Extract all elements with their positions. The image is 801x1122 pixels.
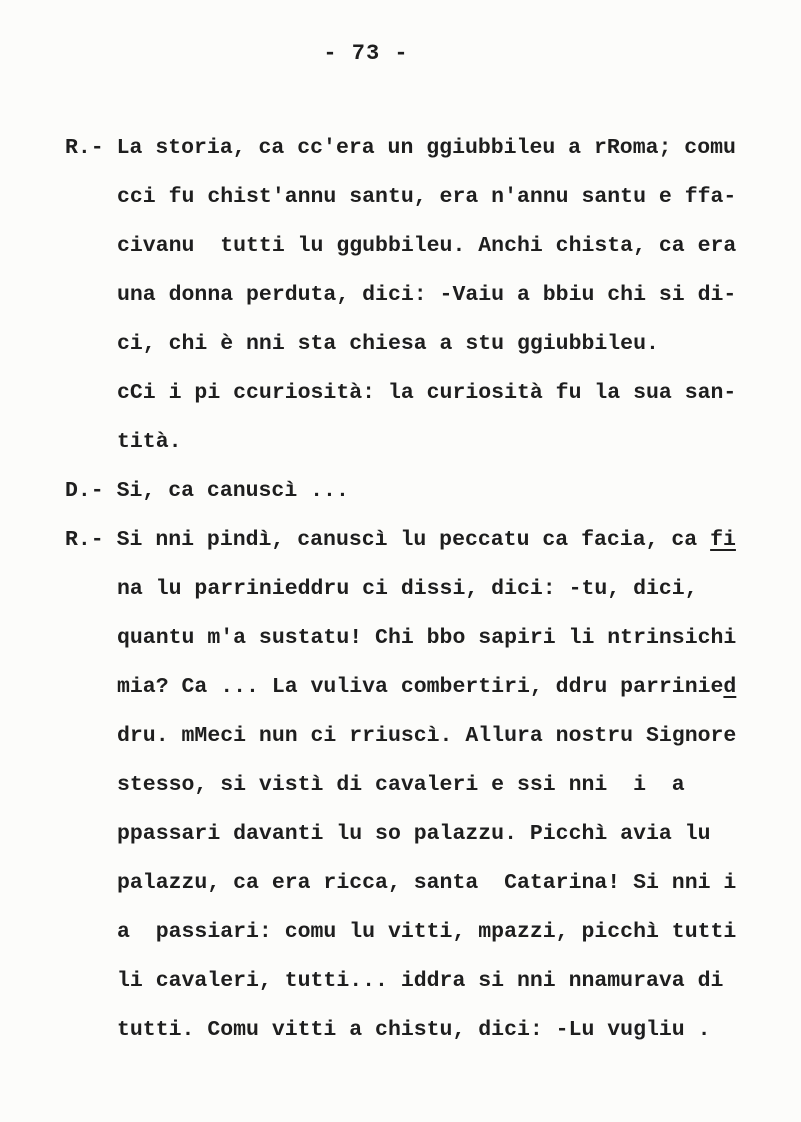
line-text: mia? Ca ... La vuliva combertiri, ddru p… xyxy=(117,675,723,699)
transcript-line: ppassari davanti lu so palazzu. Picchì a… xyxy=(65,810,755,859)
line-text: ppassari davanti lu so palazzu. Picchì a… xyxy=(117,822,711,846)
transcript: R.- La storia, ca cc'era un ggiubbileu a… xyxy=(65,124,755,1055)
document-page: - 73 - R.- La storia, ca cc'era un ggiub… xyxy=(0,0,801,1122)
line-text: palazzu, ca era ricca, santa Catarina! S… xyxy=(117,871,736,895)
transcript-line: tità. xyxy=(65,418,755,467)
transcript-line: palazzu, ca era ricca, santa Catarina! S… xyxy=(65,859,755,908)
transcript-line: D.- Si, ca canuscì ... xyxy=(65,467,755,516)
transcript-line: tutti. Comu vitti a chistu, dici: -Lu vu… xyxy=(65,1006,755,1055)
line-text: R.- La storia, ca cc'era un ggiubbileu a… xyxy=(65,136,736,160)
line-text: cci fu chist'annu santu, era n'annu sant… xyxy=(117,185,736,209)
line-text: li cavaleri, tutti... iddra si nni nnamu… xyxy=(117,969,723,993)
line-text: civanu tutti lu ggubbileu. Anchi chista,… xyxy=(117,234,736,258)
transcript-line: quantu m'a sustatu! Chi bbo sapiri li nt… xyxy=(65,614,755,663)
transcript-line: una donna perduta, dici: -Vaiu a bbiu ch… xyxy=(65,271,755,320)
line-text: na lu parrinieddru ci dissi, dici: -tu, … xyxy=(117,577,698,601)
line-text: dru. mMeci nun ci rriuscì. Allura nostru… xyxy=(117,724,736,748)
transcript-line: stesso, si vistì di cavaleri e ssi nni i… xyxy=(65,761,755,810)
line-text: tità. xyxy=(117,430,182,454)
page-number: - 73 - xyxy=(318,41,414,66)
transcript-line: ci, chi è nni sta chiesa a stu ggiubbile… xyxy=(65,320,755,369)
transcript-line: dru. mMeci nun ci rriuscì. Allura nostru… xyxy=(65,712,755,761)
transcript-line: li cavaleri, tutti... iddra si nni nnamu… xyxy=(65,957,755,1006)
transcript-line: R.- La storia, ca cc'era un ggiubbileu a… xyxy=(65,124,755,173)
transcript-line: na lu parrinieddru ci dissi, dici: -tu, … xyxy=(65,565,755,614)
transcript-line: mia? Ca ... La vuliva combertiri, ddru p… xyxy=(65,663,755,712)
line-text: D.- Si, ca canuscì ... xyxy=(65,479,349,503)
line-text: R.- Si nni pindì, canuscì lu peccatu ca … xyxy=(65,528,710,552)
line-text: stesso, si vistì di cavaleri e ssi nni i… xyxy=(117,773,685,797)
line-text: a passiari: comu lu vitti, mpazzi, picch… xyxy=(117,920,736,944)
underlined-text: d xyxy=(723,675,736,699)
transcript-line: R.- Si nni pindì, canuscì lu peccatu ca … xyxy=(65,516,755,565)
line-text: quantu m'a sustatu! Chi bbo sapiri li nt… xyxy=(117,626,736,650)
line-text: tutti. Comu vitti a chistu, dici: -Lu vu… xyxy=(117,1018,711,1042)
transcript-line: cCi i pi ccuriosità: la curiosità fu la … xyxy=(65,369,755,418)
underlined-text: fi xyxy=(710,528,736,552)
line-text: ci, chi è nni sta chiesa a stu ggiubbile… xyxy=(117,332,659,356)
line-text: cCi i pi ccuriosità: la curiosità fu la … xyxy=(117,381,736,405)
transcript-line: civanu tutti lu ggubbileu. Anchi chista,… xyxy=(65,222,755,271)
transcript-line: cci fu chist'annu santu, era n'annu sant… xyxy=(65,173,755,222)
transcript-line: a passiari: comu lu vitti, mpazzi, picch… xyxy=(65,908,755,957)
line-text: una donna perduta, dici: -Vaiu a bbiu ch… xyxy=(117,283,736,307)
